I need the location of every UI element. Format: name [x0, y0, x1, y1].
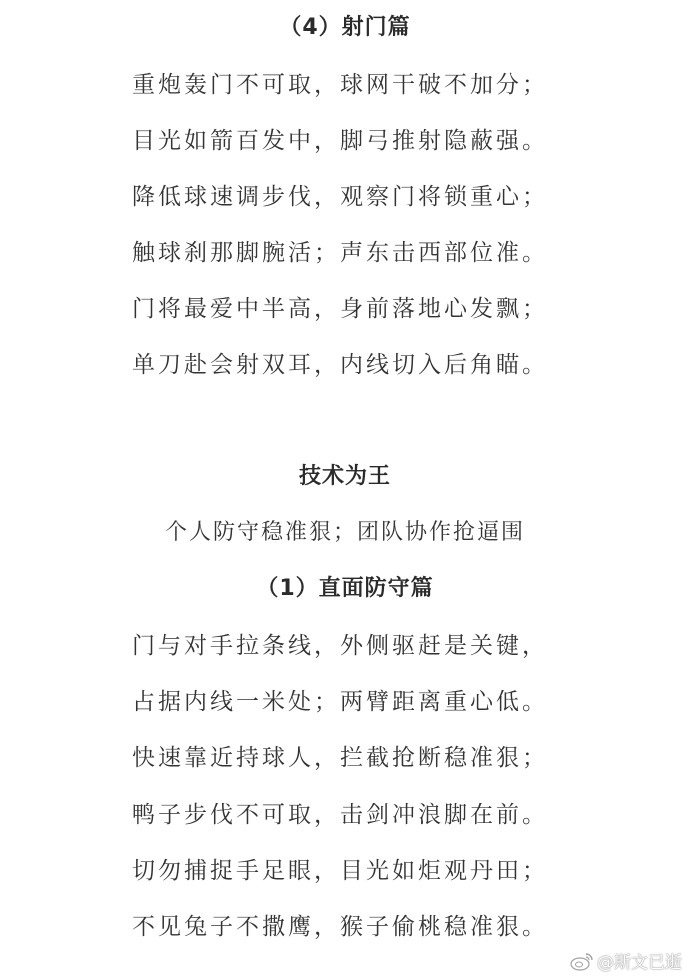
section-subtitle: 个人防守稳准狠；团队协作抢逼围 [0, 518, 690, 548]
section-title: 技术为王 [0, 462, 690, 492]
section-heading-shooting: （4）射门篇 [0, 13, 690, 43]
watermark-text: @斯文已逝 [597, 948, 682, 973]
verse-line: 快速靠近持球人，拦截抢断稳准狠； [132, 743, 548, 773]
verse-line: 鸭子步伐不可取，击剑冲浪脚在前。 [132, 800, 548, 830]
verse-line: 占据内线一米处；两臂距离重心低。 [132, 687, 548, 717]
verse-line: 目光如箭百发中，脚弓推射隐蔽强。 [132, 126, 548, 156]
verse-line: 门将最爱中半高，身前落地心发飘； [132, 294, 548, 324]
verse-line: 门与对手拉条线，外侧驱赶是关键， [132, 631, 548, 661]
watermark: @斯文已逝 [569, 948, 682, 973]
verse-line: 不见兔子不撒鹰，猴子偷桃稳准狠。 [132, 912, 548, 942]
verse-line: 重炮轰门不可取，球网干破不加分； [132, 70, 548, 100]
verse-line: 切勿捕捉手足眼，目光如炬观丹田； [132, 856, 548, 886]
section-heading-defense: （1）直面防守篇 [0, 574, 690, 604]
verse-line: 降低球速调步伐，观察门将锁重心； [132, 182, 548, 212]
verse-line: 单刀赴会射双耳，内线切入后角瞄。 [132, 350, 548, 380]
verse-line: 触球刹那脚腕活；声东击西部位准。 [132, 238, 548, 268]
weibo-icon [569, 951, 595, 971]
